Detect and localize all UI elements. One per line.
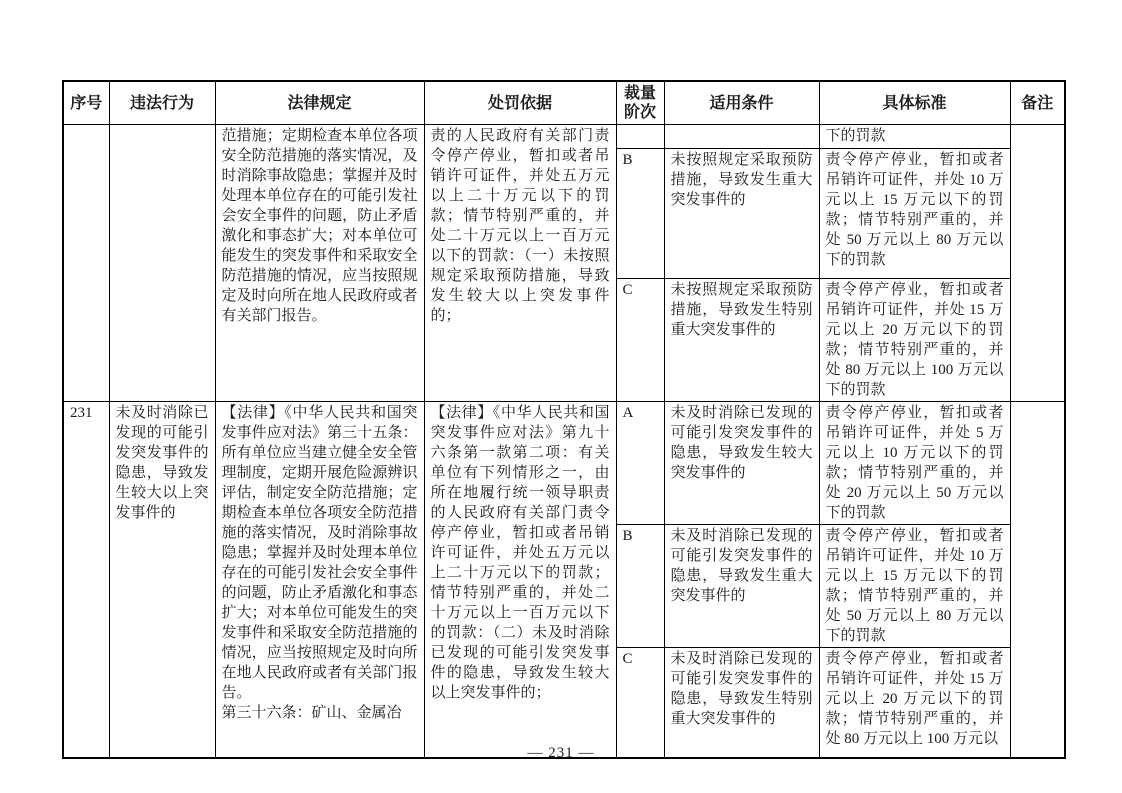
document-page: 序号 违法行为 法律规定 处罚依据 裁量阶次 适用条件 具体标准 备注 范措施；… [0, 0, 1122, 793]
cell-tier: A [616, 402, 664, 525]
header-cell-remark: 备注 [1010, 81, 1065, 125]
header-cell-violation: 违法行为 [109, 81, 215, 125]
cell-index: 231 [63, 402, 109, 758]
cell-legal-provision: 范措施；定期检查本单位各项安全防范措施的落实情况，及时消除事故隐患；掌握并及时处… [215, 125, 424, 402]
cell-standard: 责令停产停业，暂扣或者吊销许可证件，并处 10 万元以上 15 万元以下的罚款；… [819, 149, 1010, 279]
cell-condition: 未及时消除已发现的可能引发突发事件的隐患，导致发生较大突发事件的 [664, 402, 819, 525]
cell-legal-provision: 【法律】《中华人民共和国突发事件应对法》第三十五条：所有单位应当建立健全安全管理… [215, 402, 424, 758]
cell-condition [664, 125, 819, 149]
cell-standard: 责令停产停业，暂扣或者吊销许可证件，并处 15 万元以上 20 万元以下的罚款；… [819, 648, 1010, 758]
cell-condition: 未按照规定采取预防措施，导致发生重大突发事件的 [664, 149, 819, 279]
cell-standard: 责令停产停业，暂扣或者吊销许可证件，并处 10 万元以上 15 万元以下的罚款；… [819, 525, 1010, 648]
cell-condition: 未按照规定采取预防措施，导致发生特别重大突发事件的 [664, 279, 819, 402]
cell-standard: 责令停产停业，暂扣或者吊销许可证件，并处 5 万元以上 10 万元以下的罚款；情… [819, 402, 1010, 525]
cell-condition: 未及时消除已发现的可能引发突发事件的隐患，导致发生特别重大突发事件的 [664, 648, 819, 758]
cell-index [63, 125, 109, 402]
header-cell-applicable-condition: 适用条件 [664, 81, 819, 125]
cell-condition: 未及时消除已发现的可能引发突发事件的隐患，导致发生重大突发事件的 [664, 525, 819, 648]
penalty-discretion-table: 序号 违法行为 法律规定 处罚依据 裁量阶次 适用条件 具体标准 备注 范措施；… [62, 80, 1066, 759]
cell-penalty-basis: 责的人民政府有关部门责令停产停业，暂扣或者吊销许可证件，并处五万元以上二十万元以… [424, 125, 616, 402]
cell-tier: B [616, 149, 664, 279]
page-number: — 231 — [0, 745, 1122, 762]
cell-violation: 未及时消除已发现的可能引发突发事件的隐患，导致发生较大以上突发事件的 [109, 402, 215, 758]
cell-penalty-basis: 【法律】《中华人民共和国突发事件应对法》第九十六条第一款第二项：有关单位有下列情… [424, 402, 616, 758]
header-cell-discretion-tier: 裁量阶次 [616, 81, 664, 125]
table-header-row: 序号 违法行为 法律规定 处罚依据 裁量阶次 适用条件 具体标准 备注 [63, 81, 1065, 125]
cell-tier: C [616, 648, 664, 758]
header-cell-specific-standard: 具体标准 [819, 81, 1010, 125]
table-row: 231 未及时消除已发现的可能引发突发事件的隐患，导致发生较大以上突发事件的 【… [63, 402, 1065, 525]
header-cell-index: 序号 [63, 81, 109, 125]
table-row: 范措施；定期检查本单位各项安全防范措施的落实情况，及时消除事故隐患；掌握并及时处… [63, 125, 1065, 149]
cell-remark [1010, 125, 1065, 402]
cell-tier [616, 125, 664, 149]
cell-tier: B [616, 525, 664, 648]
cell-standard: 责令停产停业，暂扣或者吊销许可证件，并处 15 万元以上 20 万元以下的罚款；… [819, 279, 1010, 402]
header-cell-legal-provision: 法律规定 [215, 81, 424, 125]
cell-tier: C [616, 279, 664, 402]
cell-remark [1010, 402, 1065, 758]
header-cell-penalty-basis: 处罚依据 [424, 81, 616, 125]
cell-standard: 下的罚款 [819, 125, 1010, 149]
cell-violation [109, 125, 215, 402]
